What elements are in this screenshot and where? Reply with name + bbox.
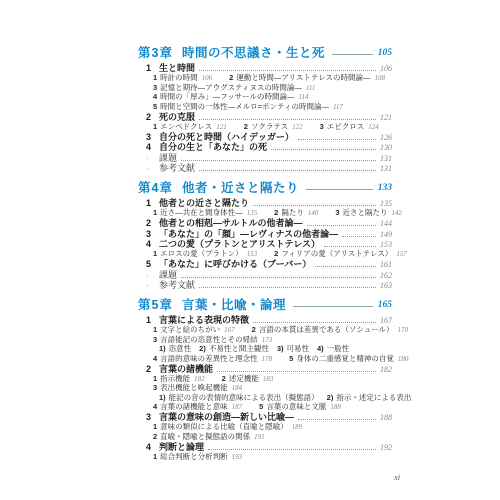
subitem-title: 身体の二重感覚と精神の自覚 [296,354,394,363]
section-page-number: 106 [380,65,392,73]
section-page-number: 167 [380,317,392,325]
toc-section-row: 3自分の死と時間（ハイデッガー）126 [146,132,392,142]
subitem: 1意味の類似による比喩（直喩と隠喩）189 [153,423,302,432]
section-page-number: 131 [380,165,392,173]
subitem-title: 時間の「厚み」―フッサールの時間論― [160,92,294,101]
chapter-title: 言葉・比喩・論理 [182,299,286,312]
toc-section-row: 2他者との相剋―サルトルの他者論―144 [146,219,392,229]
dotted-leader-line [324,246,376,247]
circle-bullet-icon: ◦ [146,282,159,290]
dotted-leader-line [298,419,376,420]
subitem-number: 1 [153,325,157,334]
subitem-number: 2 [222,374,226,383]
section-title: 他者との近さと隔たり [159,199,249,208]
subitem-page-number: 173 [262,336,273,344]
chapter-leader-line [306,189,373,190]
subitem: 1エロスの愛（プラトン）153 [153,250,257,259]
section-page-number: 162 [380,272,392,280]
section-number: 4 [146,143,159,152]
chapter-number: 第4章 [138,182,173,195]
subitem: 2運動と時間―アリストテレスの時間論―108 [229,74,385,83]
toc-section-row: 2言葉の諸機能182 [146,364,392,374]
section-title: 参考文献 [159,164,195,173]
toc-note-row: ◦参考文献163 [146,281,392,291]
subitem-number: 1) [159,393,166,402]
dotted-leader-line [253,322,376,323]
subitem-number: 4 [153,402,157,411]
dotted-leader-line [271,149,376,150]
chapter-heading: 第3章時間の不思議さ・生と死105 [138,47,392,60]
subitem: 2)指示・述定による表出 [327,394,412,403]
subitem-title: エピクロス [327,122,365,131]
subitem-title: 能記の音の表情的意味による表出（擬態語） [169,393,319,402]
subitem-title: 言語の本質は差異である（ソシュール） [259,325,394,334]
subitem-page-number: 117 [333,103,343,111]
subitem-number: 4) [317,344,324,353]
subitem-page-number: 167 [224,326,235,334]
toc-note-row: ◦課題131 [146,153,392,163]
section-page-number: 130 [380,144,392,152]
chapter-heading: 第4章他者・近さと隔たり133 [138,182,392,195]
subitem-title: 一般性 [327,344,350,353]
dotted-leader-line [307,225,376,226]
subitem-title: 総合判断と分析判断 [160,452,228,461]
section-page-number: 161 [380,261,392,269]
subitem-page-number: 193 [232,453,243,461]
section-title: 「あなた」の「顔」―レヴィナスの他者論― [159,230,338,239]
subitem: 5時間と空間の一体性―メルロ=ポンティの時間論―117 [153,103,343,112]
chapter-title: 時間の不思議さ・生と死 [182,47,325,60]
section-title: 生と時間 [159,64,195,73]
dotted-leader-line [208,449,376,450]
subitem: 2)不易性と間主観性 [199,345,269,354]
subitem: 2直喩・隠喩と擬態語の関係191 [153,433,265,442]
dotted-leader-line [315,266,376,267]
subitem-number: 2 [274,249,278,258]
subitem-title: 指示機能 [160,374,190,383]
chapter-title: 他者・近さと隔たり [182,182,299,195]
subitem-title: ソクラテス [251,122,288,131]
subitem-title: 恣意性 [169,344,192,353]
section-title: 自分の死と時間（ハイデッガー） [159,133,294,142]
section-title: 死の克服 [159,113,195,122]
subitem-page-number: 157 [396,250,407,258]
section-number: 1 [146,199,159,208]
section-title: 二つの愛（プラトンとアリストテレス） [159,240,320,249]
toc-subnote-row: 1)能記の音の表情的意味による表出（擬態語）2)指示・述定による表出 [159,394,392,403]
subitem-number: 5 [259,402,263,411]
subitem-title: 言語的意味の差異性と理念性 [160,354,258,363]
circle-bullet-icon: ◦ [146,272,159,280]
subitem-page-number: 188 [330,403,341,411]
subitem-page-number: 178 [262,355,273,363]
toc-subitem-row: 1総合判断と分析判断193 [153,453,392,462]
chapter-number: 第5章 [138,299,173,312]
subitem: 3近さと隔たり142 [335,209,402,218]
section-number: 2 [146,219,159,228]
toc-subnote-row: 1)恣意性2)不易性と間主観性3)可易性4)一般性 [159,345,392,354]
subitem-number: 2 [244,122,248,131]
chapter-page-number: 133 [378,184,392,194]
subitem-title: 直喩・隠喩と擬態語の関係 [160,432,250,441]
section-title: 参考文献 [159,281,195,290]
section-title: 言葉の意味の創造―新しい比喩― [159,413,294,422]
toc-subitem-row: 3表出機能と喚起機能184 [153,384,392,393]
toc-page: 第3章時間の不思議さ・生と死1051生と時間1061時計の時間1062運動と時間… [0,0,500,500]
subitem: 2フィリアの愛（アリストテレス）157 [274,250,407,259]
subitem-title: 述定機能 [229,374,259,383]
circle-bullet-icon: ◦ [146,155,159,163]
subitem: 3エピクロス124 [320,123,379,132]
subitem-page-number: 189 [292,423,303,431]
section-number: 1 [146,316,159,325]
subitem-title: 指示・述定による表出 [336,393,411,402]
subitem-title: エンペドクレス [160,122,212,131]
subitem-number: 1 [153,374,157,383]
section-title: 「あなた」に呼びかける（ブーバー） [159,260,311,269]
subitem-title: 言語能記の恣意性とその帰結 [160,335,258,344]
subitem-title: 運動と時間―アリストテレスの時間論― [236,73,370,82]
subitem-page-number: 135 [247,209,258,217]
subitem-page-number: 124 [368,123,379,131]
subitem-page-number: 184 [232,384,243,392]
subitem: 1指示機能182 [153,375,205,384]
dotted-leader-line [199,119,376,120]
section-number: 4 [146,443,159,452]
subitem-title: 言葉の諸機能と意味 [160,402,228,411]
subitem: 2隔たり140 [274,209,318,218]
subitem-number: 2 [229,73,233,82]
subitem: 1時計の時間106 [153,74,212,83]
subitem: 4言葉の諸機能と意味187 [153,403,242,412]
subitem-number: 3 [153,83,157,92]
subitem-page-number: 108 [375,74,386,82]
subitem-title: 近さと隔たり [343,208,388,217]
toc-subitem-row: 1エンペドクレス1212ソクラテス1223エピクロス124 [153,123,392,132]
subitem-title: 近さ―共在と間身体性― [160,208,243,217]
subitem: 3言語能記の恣意性とその帰結173 [153,336,272,345]
section-page-number: 163 [380,282,392,290]
subitem-title: 時間と空間の一体性―メルロ=ポンティの時間論― [160,102,329,111]
toc-section-row: 3言葉の意味の創造―新しい比喩―188 [146,413,392,423]
toc-section-row: 1生と時間106 [146,64,392,74]
section-page-number: 121 [380,114,392,122]
toc-subitem-row: 4言語的意味の差異性と理念性1785身体の二重感覚と精神の自覚180 [153,355,392,364]
toc-section-row: 4自分の生と「あなた」の死130 [146,143,392,153]
subitem-page-number: 106 [202,74,213,82]
dotted-leader-line [253,205,376,206]
section-title: 言葉による表現の特徴 [159,316,249,325]
subitem-number: 2) [327,393,334,402]
toc-section-row: 4二つの愛（プラトンとアリストテレス）153 [146,240,392,250]
subitem-number: 1 [153,249,157,258]
subitem-number: 3 [320,122,324,131]
toc-subitem-row: 1文字と絵のちがい1672言語の本質は差異である（ソシュール）170 [153,326,392,335]
subitem-number: 2 [252,325,256,334]
section-number: 3 [146,133,159,142]
dotted-leader-line [199,170,376,171]
subitem: 4時間の「厚み」―フッサールの時間論―114 [153,93,308,102]
subitem-title: 不易性と間主観性 [209,344,269,353]
dotted-leader-line [199,287,376,288]
toc-subitem-row: 4時間の「厚み」―フッサールの時間論―114 [153,93,392,102]
toc-section-row: 3「あなた」の「顔」―レヴィナスの他者論―149 [146,229,392,239]
subitem-number: 1 [153,208,157,217]
subitem: 4言語的意味の差異性と理念性178 [153,355,272,364]
subitem: 1)恣意性 [159,345,191,354]
subitem-page-number: 182 [194,375,205,383]
toc-subitem-row: 3言語能記の恣意性とその帰結173 [153,336,392,345]
toc-subitem-row: 5時間と空間の一体性―メルロ=ポンティの時間論―117 [153,103,392,112]
subitem-page-number: 111 [306,84,315,92]
chapter-leader-line [332,54,373,55]
section-page-number: 149 [380,231,392,239]
toc-subitem-row: 3記憶と期待―アウグスティヌスの時間論―111 [153,84,392,93]
section-title: 言葉の諸機能 [159,365,213,374]
subitem-title: 隔たり [281,208,304,217]
subitem-number: 3 [153,335,157,344]
subitem-number: 1 [153,422,157,431]
toc-subitem-row: 1時計の時間1062運動と時間―アリストテレスの時間論―108 [153,74,392,83]
subitem-number: 1) [159,344,166,353]
subitem-number: 1 [153,452,157,461]
toc-section-row: 1他者との近さと隔たり135 [146,199,392,209]
subitem-number: 3) [277,344,284,353]
subitem-number: 5 [153,102,157,111]
toc-subitem-row: 4言葉の諸機能と意味1875言葉の意味と文脈188 [153,403,392,412]
chapter-heading: 第5章言葉・比喩・論理165 [138,299,392,312]
dotted-leader-line [181,277,376,278]
section-page-number: 126 [380,134,392,142]
subitem: 1文字と絵のちがい167 [153,326,235,335]
chapter-page-number: 165 [378,301,392,311]
subitem-title: 時計の時間 [160,73,198,82]
toc-subitem-row: 1意味の類似による比喩（直喩と隠喩）189 [153,423,392,432]
toc-section-row: 1言葉による表現の特徴167 [146,316,392,326]
section-number: 4 [146,240,159,249]
toc: 第3章時間の不思議さ・生と死1051生と時間1061時計の時間1062運動と時間… [138,47,392,462]
section-page-number: 153 [380,241,392,249]
subitem: 5言葉の意味と文脈188 [259,403,341,412]
dotted-leader-line [181,160,376,161]
subitem-title: エロスの愛（プラトン） [160,249,243,258]
subitem-page-number: 191 [254,433,265,441]
section-page-number: 131 [380,155,392,163]
page-folio: xi [394,472,400,482]
subitem-title: 可易性 [287,344,310,353]
chapter-number: 第3章 [138,47,173,60]
subitem-number: 2) [199,344,206,353]
subitem-title: 意味の類似による比喩（直喩と隠喩） [160,422,288,431]
subitem-title: フィリアの愛（アリストテレス） [281,249,392,258]
subitem: 1)能記の音の表情的意味による表出（擬態語） [159,394,319,403]
subitem-title: 文字と絵のちがい [160,325,220,334]
chapter-leader-line [293,306,373,307]
section-page-number: 144 [380,220,392,228]
toc-subitem-row: 1指示機能1822述定機能183 [153,375,392,384]
subitem-number: 4 [153,92,157,101]
subitem-number: 4 [153,354,157,363]
subitem-page-number: 122 [292,123,303,131]
circle-bullet-icon: ◦ [146,165,159,173]
dotted-leader-line [298,139,376,140]
subitem-page-number: 153 [247,250,258,258]
section-number: 2 [146,113,159,122]
subitem-number: 2 [274,208,278,217]
subitem: 1エンペドクレス121 [153,123,227,132]
subitem-page-number: 170 [398,326,409,334]
subitem: 2ソクラテス122 [244,123,303,132]
section-page-number: 192 [380,444,392,452]
toc-section-row: 5「あなた」に呼びかける（ブーバー）161 [146,260,392,270]
section-number: 1 [146,64,159,73]
section-page-number: 182 [380,366,392,374]
subitem-page-number: 187 [232,403,243,411]
subitem-number: 5 [289,354,293,363]
section-number: 3 [146,413,159,422]
subitem-page-number: 183 [263,375,274,383]
section-number: 5 [146,260,159,269]
dotted-leader-line [217,371,376,372]
section-page-number: 135 [380,200,392,208]
subitem-number: 1 [153,122,157,131]
toc-subitem-row: 2直喩・隠喩と擬態語の関係191 [153,433,392,442]
subitem-page-number: 114 [299,93,309,101]
section-number: 3 [146,230,159,239]
subitem-page-number: 121 [216,123,227,131]
toc-subitem-row: 1近さ―共在と間身体性―1352隔たり1403近さと隔たり142 [153,209,392,218]
subitem-page-number: 140 [308,209,319,217]
subitem-title: 言葉の意味と文脈 [266,402,326,411]
subitem-title: 表出機能と喚起機能 [160,383,228,392]
section-title: 自分の生と「あなた」の死 [159,143,267,152]
toc-note-row: ◦参考文献131 [146,164,392,174]
section-title: 課題 [159,271,177,280]
subitem-page-number: 142 [392,209,403,217]
subitem-page-number: 180 [398,355,409,363]
subitem: 3表出機能と喚起機能184 [153,384,242,393]
subitem: 5身体の二重感覚と精神の自覚180 [289,355,408,364]
toc-section-row: 4判断と論理192 [146,442,392,452]
subitem-title: 記憶と期待―アウグスティヌスの時間論― [160,83,302,92]
chapter-page-number: 105 [378,49,392,59]
toc-section-row: 2死の克服121 [146,112,392,122]
section-number: 2 [146,365,159,374]
subitem: 4)一般性 [317,345,349,354]
subitem-number: 2 [153,432,157,441]
section-page-number: 188 [380,414,392,422]
section-title: 他者との相剋―サルトルの他者論― [159,219,303,228]
subitem: 2言語の本質は差異である（ソシュール）170 [252,326,408,335]
subitem: 1近さ―共在と間身体性―135 [153,209,257,218]
section-title: 判断と論理 [159,443,204,452]
subitem: 3記憶と期待―アウグスティヌスの時間論―111 [153,84,315,93]
dotted-leader-line [199,70,376,71]
subitem-number: 3 [153,383,157,392]
toc-subitem-row: 1エロスの愛（プラトン）1532フィリアの愛（アリストテレス）157 [153,250,392,259]
subitem: 2述定機能183 [222,375,274,384]
dotted-leader-line [342,236,376,237]
subitem-number: 1 [153,73,157,82]
subitem: 3)可易性 [277,345,309,354]
subitem: 1総合判断と分析判断193 [153,453,242,462]
toc-note-row: ◦課題162 [146,270,392,280]
section-title: 課題 [159,154,177,163]
subitem-number: 3 [335,208,339,217]
